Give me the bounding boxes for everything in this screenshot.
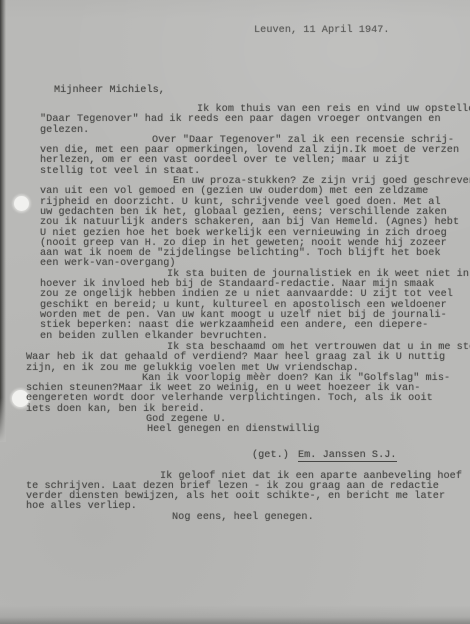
- scan-edge-left: [0, 0, 6, 442]
- letter-line: stiek beperken: naast die werkzaamheid e…: [40, 321, 470, 331]
- letter-line: iets doen kan, ben ik bereid.: [26, 405, 470, 415]
- letter-line: en beiden zullen elkander bevruchten.: [40, 332, 470, 342]
- signature-line: (get.)Em. Janssen S.J.: [215, 441, 470, 472]
- salutation: Mijnheer Michiels,: [54, 86, 165, 96]
- scan-edge-bottom: [0, 617, 470, 624]
- letter-body-lower: Ik sta beschaamd om het vertrouwen dat u…: [26, 343, 470, 523]
- closing-line: Heel genegen en dienstwillig: [26, 425, 470, 435]
- letter-line: "Daar Tegenover" had ik reeds een paar d…: [40, 115, 470, 125]
- letter-body-upper: Ik kom thuis van een reis en vind uw ops…: [40, 105, 470, 342]
- postscript-line: Nog eens, heel genegen.: [26, 513, 470, 523]
- signature-prefix: (get.): [252, 450, 289, 461]
- hole-punch-top: [14, 196, 29, 211]
- dateline: Leuven, 11 April 1947.: [254, 26, 390, 36]
- letter-page: Leuven, 11 April 1947. Mijnheer Michiels…: [0, 0, 470, 624]
- signature-name: Em. Janssen S.J.: [298, 450, 397, 463]
